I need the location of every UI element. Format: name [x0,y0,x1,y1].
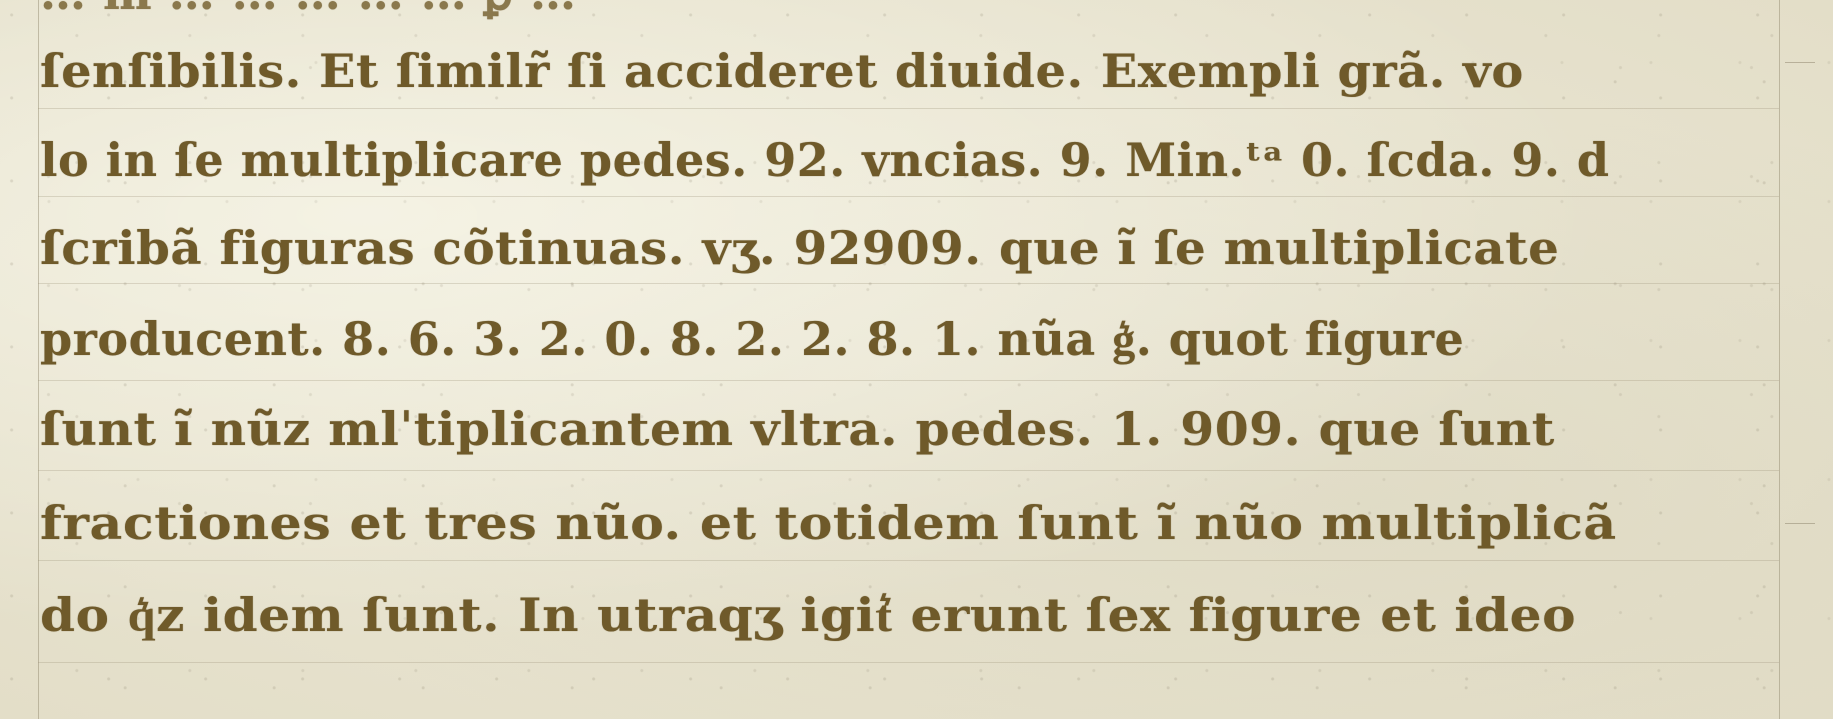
text-line-7: do q͛z idem ſunt. In utraqʒ igit͛ erunt … [40,592,1576,638]
right-margin-rule [1779,0,1780,719]
partial-top-line: … ṁ … … … … … ꝑ … [40,0,577,16]
margin-ruling-tick [1785,62,1815,63]
text-line-4: producent. 8. 6. 3. 2. 0. 8. 2. 2. 8. 1.… [40,316,1464,362]
text-line-6: fractiones et tres nũo. et totidem ſunt … [40,500,1617,546]
ruling-line [38,108,1779,109]
ruling-line [38,283,1779,284]
ruling-line [38,470,1779,471]
text-line-2: lo in ſe multiplicare pedes. 92. vncias.… [40,137,1610,183]
ruling-line [38,196,1779,197]
text-line-3: ſcribã figuras cõtinuas. vʒ. 92909. que … [40,225,1559,271]
text-line-5: ſunt ĩ nũz mlˈtiplicantem vltra. pedes. … [40,406,1555,452]
manuscript-folio: … ṁ … … … … … ꝑ … ſenſibilis. Et ſimilr̃… [0,0,1833,719]
ruling-line [38,662,1779,663]
margin-ruling-tick [1785,523,1815,524]
ruling-line [38,380,1779,381]
text-line-1: ſenſibilis. Et ſimilr̃ ſi accideret diui… [40,48,1524,94]
ruling-line [38,560,1779,561]
